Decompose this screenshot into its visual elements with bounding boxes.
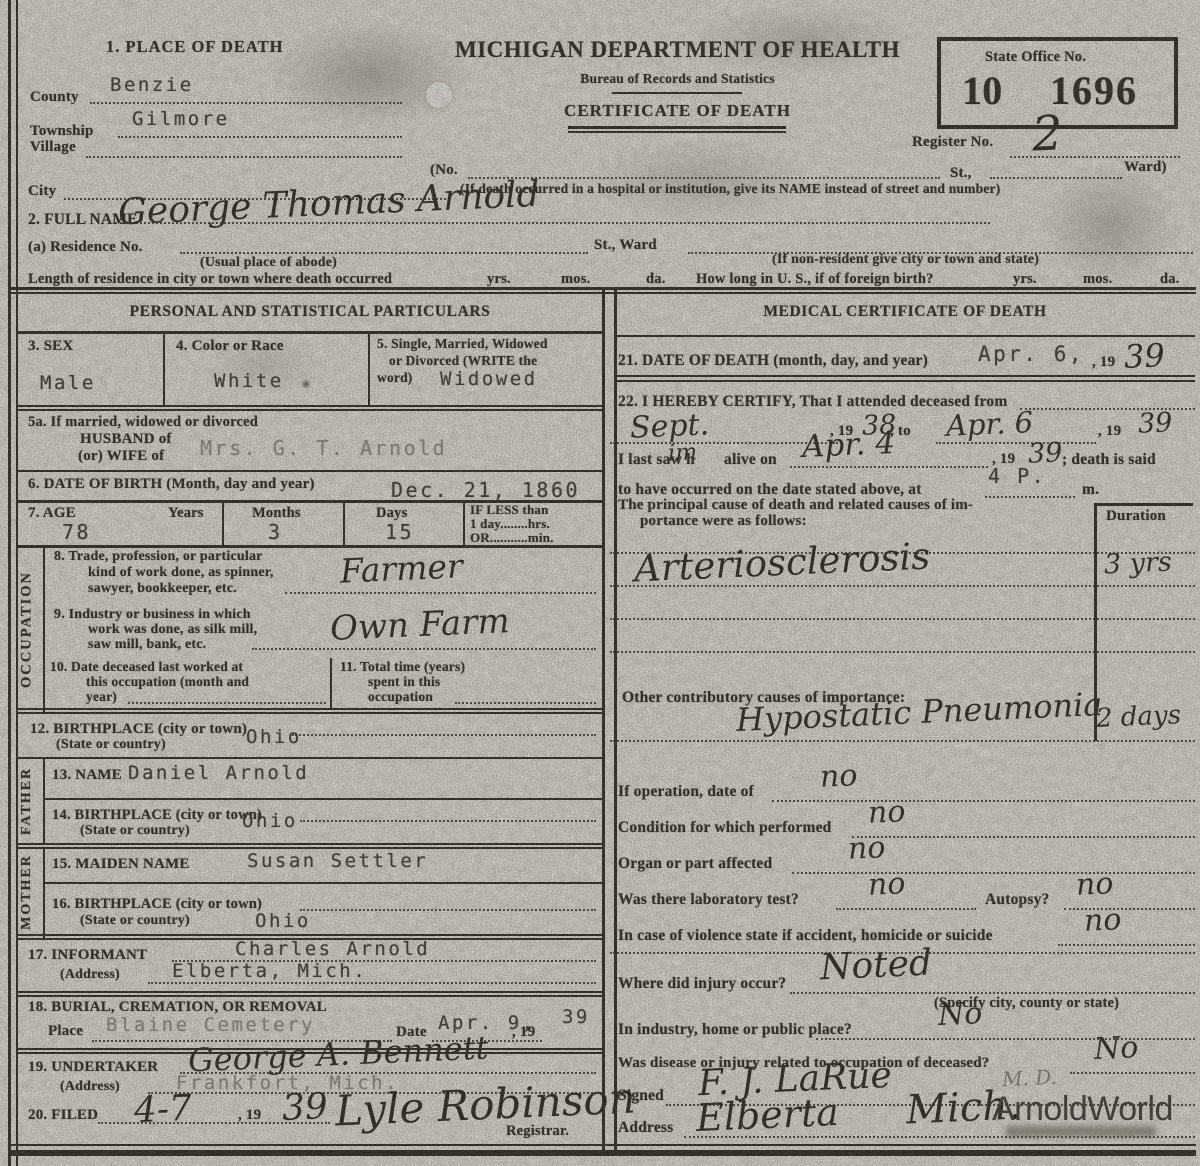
- dotted-line: [86, 156, 402, 158]
- dotted-line: [252, 648, 596, 650]
- marital-value: Widowed: [440, 370, 538, 389]
- page-border: [8, 0, 11, 1166]
- age-days-header: Days: [376, 506, 407, 521]
- divider: [18, 331, 602, 334]
- department-title: MICHIGAN DEPARTMENT OF HEALTH: [440, 38, 915, 62]
- age-months-header: Months: [252, 506, 301, 521]
- operation-date-value: no: [819, 761, 858, 793]
- age-years-header: Years: [168, 506, 204, 521]
- duration-box-border: [1094, 503, 1193, 506]
- attended-from-value: Sept.: [629, 410, 709, 443]
- divider: [568, 126, 786, 129]
- divider: [43, 882, 602, 884]
- date-of-death-label: 21. DATE OF DEATH (month, day, and year): [618, 353, 928, 369]
- duration-header: Duration: [1106, 509, 1166, 525]
- sex-value: Male: [40, 374, 96, 393]
- industry-home-value: No: [937, 999, 983, 1031]
- nonresident-note: (If non-resident give city or town and s…: [772, 253, 1039, 268]
- village-label: Village: [30, 140, 76, 156]
- printed-19-prefix: , 19: [238, 1108, 261, 1124]
- age-months-value: 3: [268, 522, 283, 542]
- dotted-line: [936, 442, 1096, 444]
- mother-maiden-name-label: 15. MAIDEN NAME: [52, 857, 190, 873]
- violence-label: In case of violence state if accident, h…: [618, 928, 993, 944]
- occurred-time-value: 4 P.: [988, 466, 1046, 486]
- field5a-label-line2: HUSBAND of: [80, 432, 172, 448]
- dotted-line: [836, 908, 976, 910]
- register-no-value: 2: [1031, 109, 1064, 158]
- state-country-note: (State or country): [80, 914, 190, 929]
- occupation-side-label: OCCUPATION: [19, 550, 36, 710]
- state-office-label: State Office No.: [985, 50, 1086, 65]
- street-label: St.,: [950, 166, 972, 182]
- dotted-line: [180, 252, 588, 254]
- burial-place-value: Blaine Cemetery: [106, 1016, 315, 1035]
- divider: [612, 92, 742, 94]
- undertaker-address-label: (Address): [60, 1080, 120, 1095]
- birthplace-deceased-label: 12. BIRTHPLACE (city or town): [30, 722, 247, 738]
- ward-label: Ward): [1124, 160, 1167, 176]
- state-country-note: (State or country): [80, 824, 190, 839]
- dotted-line: [790, 466, 988, 468]
- mother-birthplace-value: Ohio: [255, 912, 311, 931]
- field5a-label-line3: (or) WIFE of: [78, 449, 164, 465]
- dotted-line: [90, 102, 402, 104]
- cell-divider: [343, 500, 345, 545]
- birthplace-deceased-value: Ohio: [246, 728, 302, 747]
- dotted-line: [118, 136, 402, 138]
- ink-blotch: [298, 376, 314, 392]
- page-border: [8, 1150, 1196, 1156]
- printed-19-prefix: , 19: [1098, 424, 1121, 440]
- divider: [617, 380, 1195, 382]
- field10-label-line1: 10. Date deceased last worked at: [50, 660, 243, 674]
- laboratory-test-value: no: [867, 869, 906, 901]
- if-less-line1: IF LESS than: [470, 503, 549, 517]
- divider: [18, 712, 602, 714]
- divider: [18, 757, 602, 759]
- organ-affected-value: no: [847, 833, 886, 865]
- father-name-label: 13. NAME: [52, 768, 122, 784]
- last-saw-label-2: alive on: [724, 452, 777, 468]
- page-border: [8, 1144, 1196, 1146]
- register-no-label: Register No.: [912, 135, 993, 151]
- st-ward-label: St., Ward: [594, 238, 657, 254]
- dotted-line: [300, 909, 596, 911]
- industry-home-label: In industry, home or public place?: [618, 1022, 852, 1038]
- meridiem-label: m.: [1082, 482, 1099, 498]
- if-less-line3: OR...........min.: [470, 531, 554, 545]
- principal-cause-label-1: The principal cause of death and related…: [618, 498, 973, 514]
- field8-label-line1: 8. Trade, profession, or particular: [54, 550, 263, 565]
- physician-address-value: Elberta: [695, 1093, 839, 1137]
- dob-value: Dec. 21, 1860: [391, 480, 580, 500]
- scan-smudge: [180, 320, 350, 410]
- burial-year-value: 39: [562, 1008, 590, 1027]
- certificate-title: CERTIFICATE OF DEATH: [440, 102, 915, 120]
- cell-divider: [222, 500, 224, 545]
- bureau-subtitle: Bureau of Records and Statistics: [440, 72, 915, 86]
- age-years-value: 78: [62, 522, 91, 542]
- cell-divider: [330, 658, 332, 708]
- dotted-line: [115, 222, 990, 224]
- township-label: Township: [30, 124, 94, 140]
- age-days-value: 15: [385, 522, 414, 542]
- personal-section-title: PERSONAL AND STATISTICAL PARTICULARS: [30, 304, 590, 320]
- divider: [18, 708, 602, 710]
- divider: [18, 405, 602, 407]
- length-residence-label: Length of residence in city or town wher…: [28, 272, 392, 287]
- condition-performed-label: Condition for which performed: [618, 820, 831, 836]
- dob-label: 6. DATE OF BIRTH (Month, day and year): [28, 477, 315, 493]
- contributory-duration-value: 2 days: [1095, 702, 1181, 732]
- condition-performed-value: no: [867, 797, 906, 829]
- date-of-death-year: 39: [1123, 339, 1165, 373]
- divider: [18, 545, 602, 548]
- printed-19-prefix: , 19: [1092, 355, 1115, 371]
- field9-label-line1: 9. Industry or business in which: [54, 608, 251, 623]
- city-label: City: [28, 184, 56, 200]
- marital-label-line2: or Divorced (WRITE the: [389, 354, 537, 368]
- divider: [18, 995, 602, 997]
- arnoldworld-watermark: ArnoldWorld: [992, 1090, 1173, 1129]
- dotted-line: [300, 820, 596, 822]
- residence-label: (a) Residence No.: [28, 240, 143, 256]
- informant-address-value: Elberta, Mich.: [172, 962, 367, 981]
- dotted-line: [816, 1038, 1195, 1040]
- mos-label: mos.: [561, 272, 590, 287]
- da-label: da.: [1160, 272, 1180, 287]
- last-saw-label-3: ; death is said: [1062, 452, 1156, 468]
- dotted-line: [1070, 1072, 1195, 1074]
- mother-birthplace-label: 16. BIRTHPLACE (city or town): [52, 897, 262, 912]
- filed-year-value: 39: [281, 1089, 328, 1127]
- state-office-number-1: 10: [962, 70, 1002, 112]
- death-certificate-scan: 1. PLACE OF DEATH County Benzie Township…: [0, 0, 1200, 1166]
- occurred-label: to have occurred on the date stated abov…: [618, 482, 922, 498]
- marital-label-line3: word): [377, 371, 413, 385]
- dotted-line: [792, 872, 1195, 874]
- dotted-line: [610, 585, 1195, 587]
- race-label: 4. Color or Race: [176, 339, 284, 355]
- injury-where-value: Noted: [819, 946, 932, 987]
- autopsy-label: Autopsy?: [985, 892, 1049, 908]
- field11-label-line3: occupation: [368, 690, 433, 704]
- divider: [43, 849, 45, 938]
- dotted-line: [610, 651, 1195, 653]
- abode-note: (Usual place of abode): [200, 256, 337, 271]
- medical-section-title: MEDICAL CERTIFICATE OF DEATH: [625, 304, 1185, 320]
- dotted-line: [852, 836, 1195, 838]
- informant-label: 17. INFORMANT: [28, 948, 147, 964]
- sex-label: 3. SEX: [28, 339, 73, 355]
- da-label: da.: [646, 272, 666, 287]
- dotted-line: [772, 800, 1195, 802]
- field5a-label-line1: 5a. If married, widowed or divorced: [28, 415, 258, 430]
- father-birthplace-value: Ohio: [242, 812, 298, 831]
- yrs-label: yrs.: [487, 272, 511, 287]
- father-name-value: Daniel Arnold: [128, 764, 309, 783]
- dotted-line: [790, 992, 1195, 994]
- mos-label: mos.: [1083, 272, 1112, 287]
- county-label: County: [30, 90, 79, 106]
- field9-label-line3: saw mill, bank, etc.: [88, 638, 206, 653]
- blurred-watermark-text: [1006, 1126, 1156, 1137]
- cause-of-death-value: Arteriosclerosis: [633, 538, 931, 588]
- operation-date-label: If operation, date of: [618, 784, 754, 800]
- dotted-line: [990, 177, 1122, 179]
- hospital-note: (If death occurred in a hospital or inst…: [460, 182, 1000, 196]
- organ-affected-label: Organ or part affected: [618, 856, 772, 872]
- if-less-line2: 1 day........hrs.: [470, 517, 550, 531]
- injury-where-label: Where did injury occur?: [618, 976, 786, 992]
- state-office-number-2: 1696: [1050, 70, 1138, 112]
- street-no-label: (No.: [430, 163, 458, 179]
- disease-occupation-value: No: [1093, 1033, 1139, 1065]
- divider: [18, 934, 602, 936]
- township-value: Gilmore: [132, 110, 230, 129]
- cell-divider: [368, 331, 370, 407]
- dotted-line: [1058, 944, 1195, 946]
- column-divider: [614, 289, 617, 1150]
- field10-label-line2: this occupation (month and: [86, 675, 249, 689]
- yrs-label: yrs.: [1013, 272, 1037, 287]
- state-country-note: (State or country): [56, 738, 166, 753]
- cell-divider: [463, 500, 465, 545]
- field9-value: Own Farm: [329, 604, 510, 646]
- principal-cause-label-2: portance were as follows:: [640, 514, 807, 530]
- divider: [18, 847, 602, 849]
- divider: [617, 375, 1195, 377]
- date-of-death-value: Apr. 6,: [978, 344, 1084, 365]
- field11-label-line1: 11. Total time (years): [340, 660, 465, 674]
- divider: [43, 759, 45, 843]
- dotted-line: [148, 982, 596, 984]
- autopsy-value: no: [1075, 869, 1114, 901]
- undertaker-label: 19. UNDERTAKER: [28, 1060, 158, 1076]
- field8-label-line2: kind of work done, as spinner,: [88, 566, 274, 581]
- registrar-signature: Lyle Robinson: [334, 1077, 636, 1132]
- column-divider: [602, 289, 605, 1150]
- divider: [18, 843, 602, 845]
- county-value: Benzie: [110, 76, 194, 95]
- last-saw-date: Apr. 4: [801, 428, 895, 463]
- attended-to-year: 39: [1137, 409, 1173, 437]
- mother-maiden-name-value: Susan Settler: [247, 852, 428, 871]
- attended-to-value: Apr. 6: [945, 408, 1033, 441]
- burial-place-label: Place: [48, 1024, 83, 1040]
- father-birthplace-label: 14. BIRTHPLACE (city or town): [52, 808, 262, 823]
- field8-label-line3: sawyer, bookkeeper, etc.: [88, 582, 237, 597]
- how-long-us-label: How long in U. S., if of foreign birth?: [696, 272, 934, 287]
- divider: [18, 470, 602, 472]
- divider: [43, 798, 602, 800]
- divider: [568, 131, 786, 133]
- laboratory-test-label: Was there laboratory test?: [618, 892, 799, 908]
- dotted-line: [128, 702, 326, 704]
- dotted-line: [985, 496, 1075, 498]
- last-saw-him-scribble: im: [668, 441, 698, 465]
- marital-label-line1: 5. Single, Married, Widowed: [377, 337, 548, 351]
- informant-address-label: (Address): [60, 968, 120, 983]
- field9-label-line2: work was done, as silk mill,: [88, 623, 257, 638]
- dotted-line: [610, 740, 1195, 742]
- race-value: White: [214, 372, 284, 391]
- cell-divider: [163, 331, 165, 407]
- printed-19-prefix: , 19: [512, 1025, 535, 1041]
- field11-label-line2: spent in this: [368, 675, 440, 689]
- place-of-death-heading: 1. PLACE OF DEATH: [106, 38, 283, 55]
- field5a-value: Mrs. G. T. Arnold: [200, 438, 447, 458]
- divider: [617, 335, 1195, 337]
- filed-label: 20. FILED: [28, 1108, 98, 1124]
- informant-value: Charles Arnold: [235, 940, 430, 959]
- field8-value: Farmer: [339, 549, 463, 587]
- divider: [18, 991, 602, 993]
- field10-label-line3: year): [86, 690, 117, 704]
- dotted-line: [610, 618, 1195, 620]
- dotted-line: [455, 702, 596, 704]
- dotted-line: [292, 734, 596, 736]
- violence-value: no: [1083, 905, 1122, 937]
- divider: [18, 409, 602, 411]
- cause-duration-value: 3 yrs: [1103, 549, 1172, 579]
- undertaker-value: George A. Bennett: [187, 1031, 489, 1076]
- divider: [43, 548, 45, 712]
- dotted-line: [285, 592, 596, 594]
